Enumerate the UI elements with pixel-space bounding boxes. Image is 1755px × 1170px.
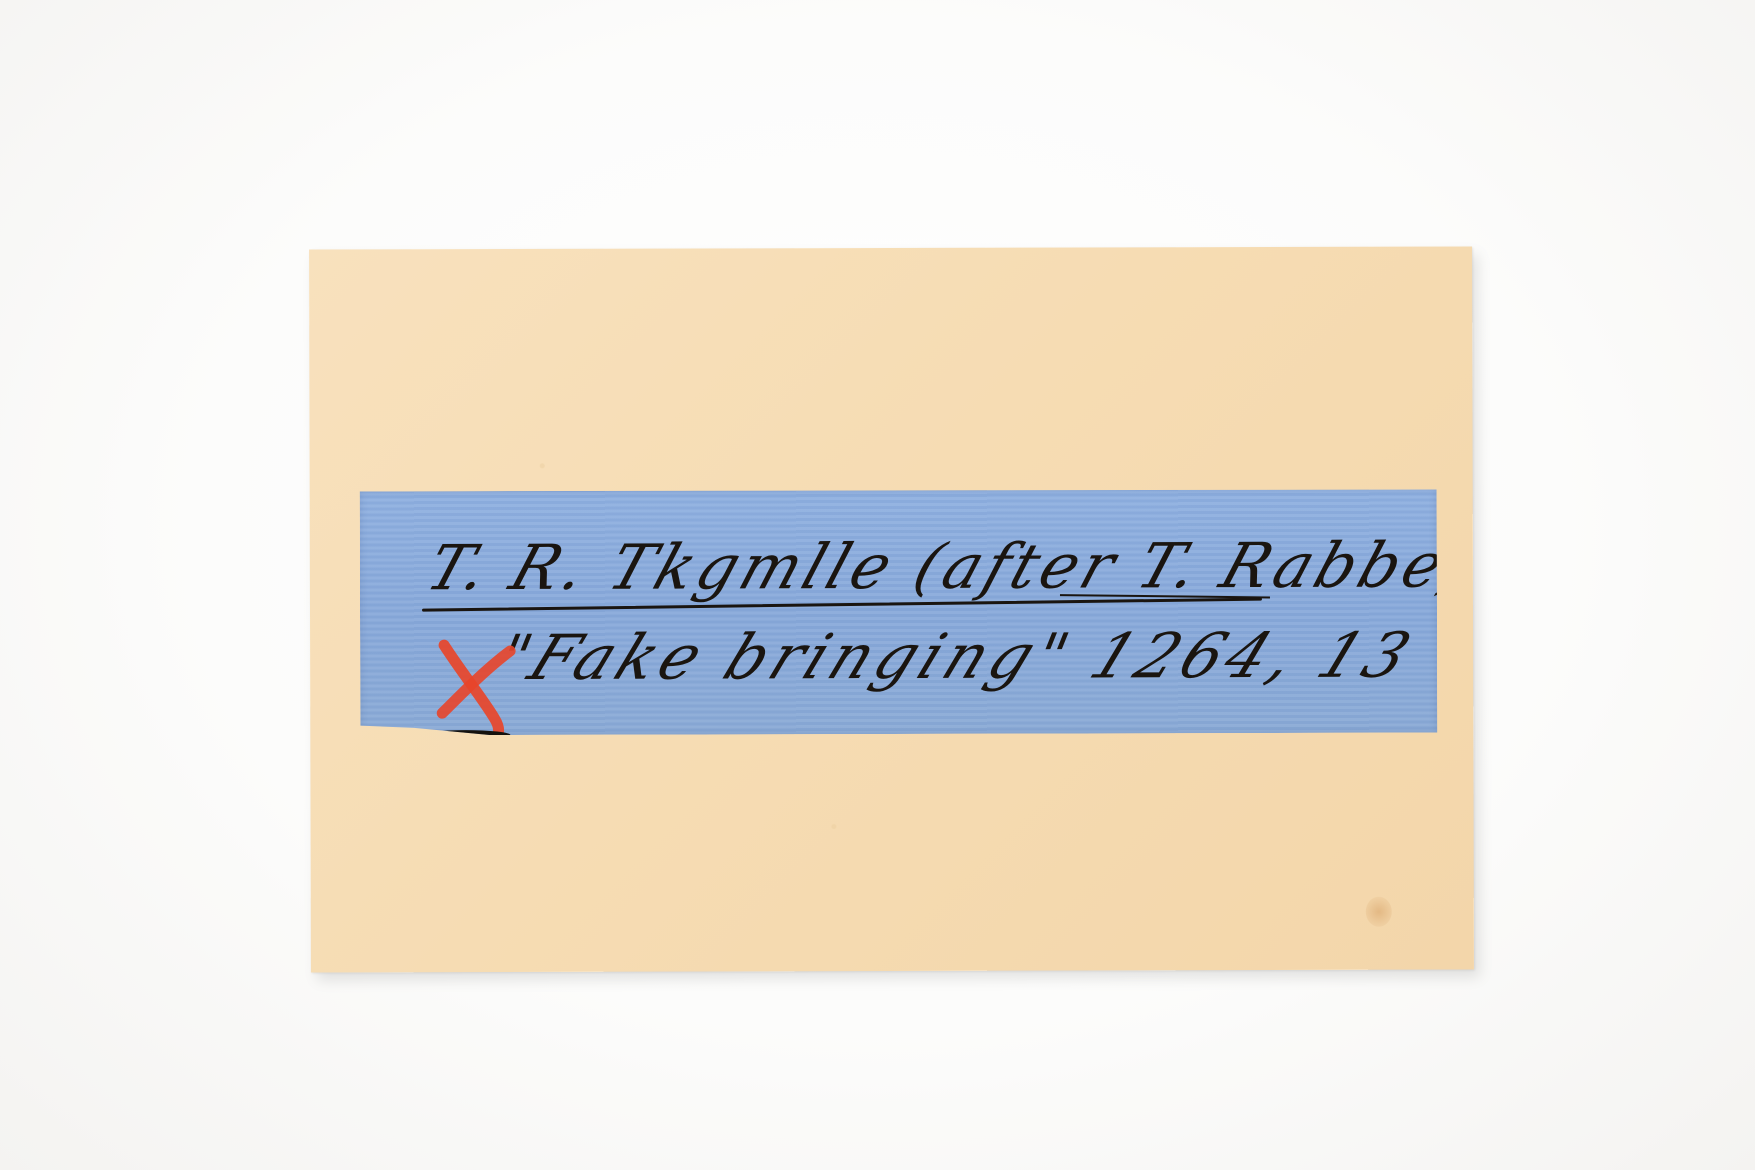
handwritten-line-1: T. R. Tkgmlle (after T. Rabbe) [418, 528, 1485, 604]
handwritten-line-2: "Fake bringing" 1264, 13 [485, 619, 1425, 694]
red-x-mark-icon [432, 633, 522, 743]
aged-card: T. R. Tkgmlle (after T. Rabbe) "Fake bri… [309, 246, 1474, 972]
blue-paper-slip: T. R. Tkgmlle (after T. Rabbe) "Fake bri… [360, 489, 1438, 736]
ink-blot [420, 730, 510, 740]
foxing-stain [1366, 897, 1392, 927]
